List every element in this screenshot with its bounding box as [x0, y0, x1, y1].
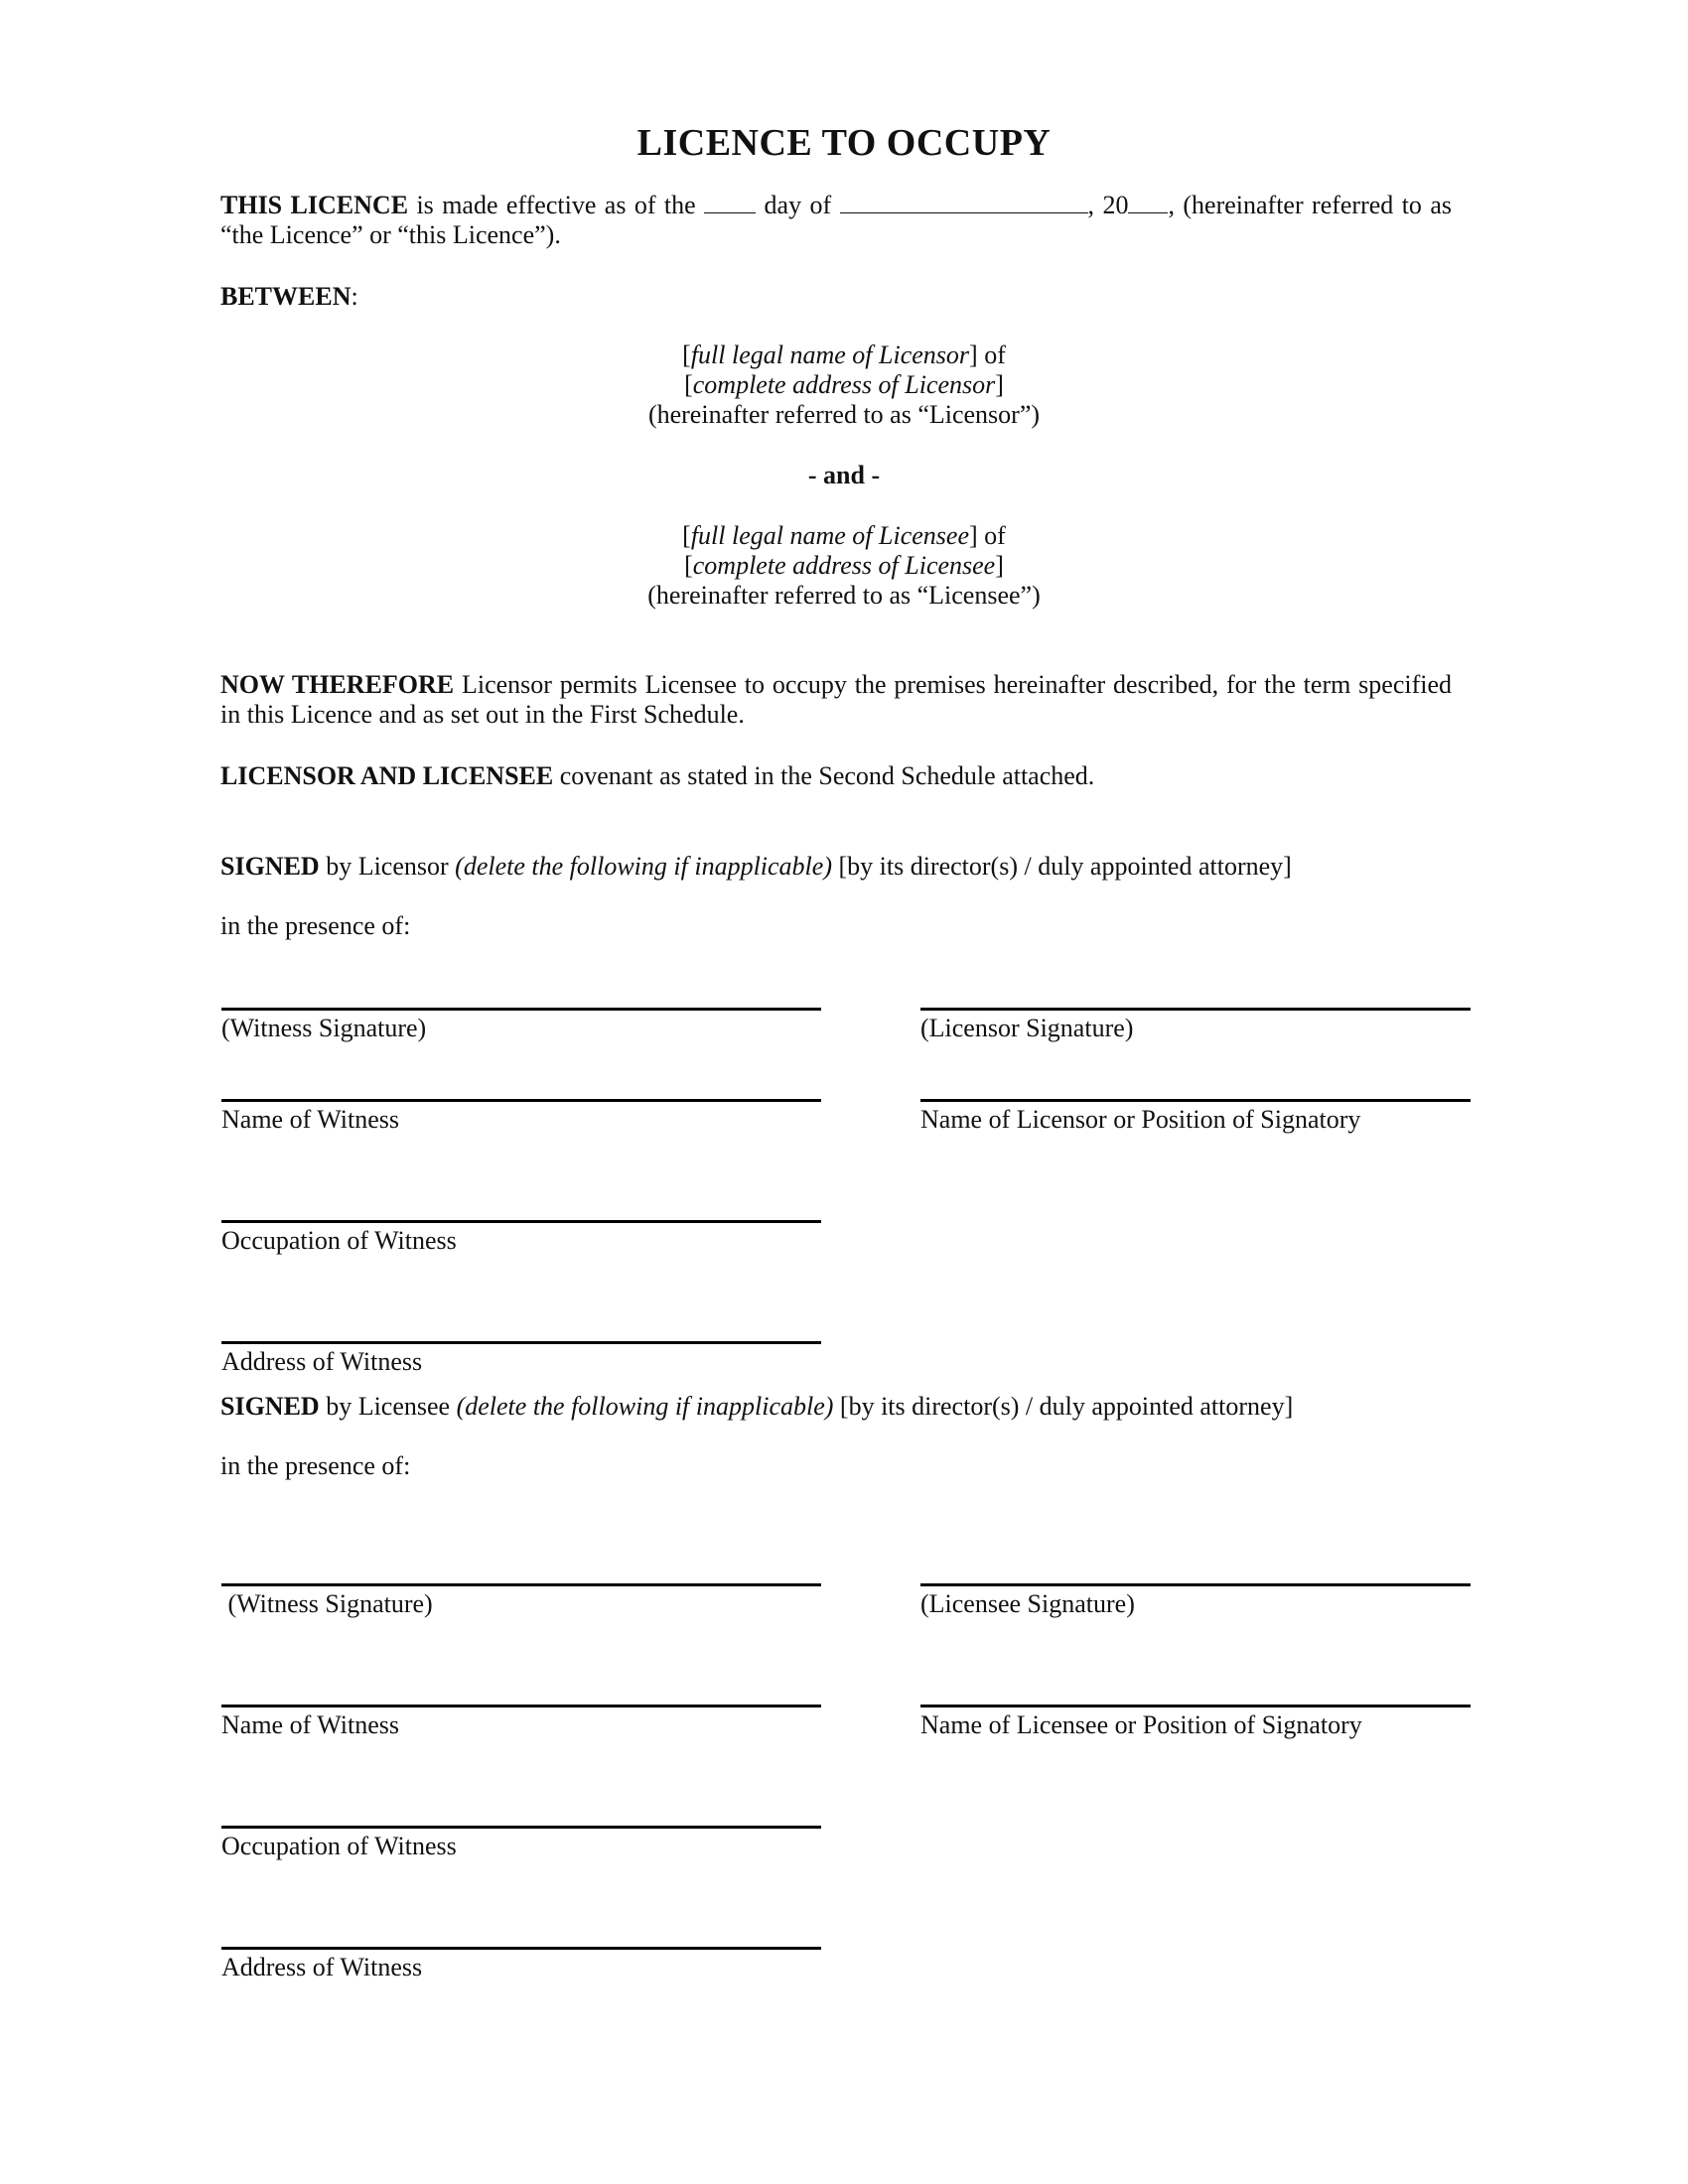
licensor-witness-address-line[interactable] — [221, 1341, 821, 1344]
signed-label: SIGNED — [220, 852, 320, 881]
document-title: LICENCE TO OCCUPY — [0, 121, 1688, 165]
witness-signature-label: (Witness Signature) — [221, 1014, 426, 1043]
licensee-name-placeholder: full legal name of Licensee — [691, 521, 969, 550]
between-heading: BETWEEN: — [220, 282, 1452, 312]
covenant-paragraph: LICENSOR AND LICENSEE covenant as stated… — [220, 761, 1452, 791]
between-label: BETWEEN — [220, 282, 352, 311]
licensee-signature-label: (Licensee Signature) — [920, 1589, 1135, 1619]
licensor-presence: in the presence of: — [220, 911, 1452, 941]
licensor-witness-signature-line[interactable] — [221, 1008, 821, 1011]
licensee-witness-address-line[interactable] — [221, 1947, 821, 1950]
signed-note: (delete the following if inapplicable) — [457, 1392, 834, 1421]
of-text: of — [978, 341, 1006, 369]
licensor-signature-line[interactable] — [920, 1008, 1471, 1011]
witness-occupation-label: Occupation of Witness — [221, 1226, 457, 1256]
and-separator: - and - — [0, 461, 1688, 490]
licensor-signature-label: (Licensor Signature) — [920, 1014, 1133, 1043]
licensor-name-placeholder: full legal name of Licensor — [691, 341, 969, 369]
licensor-party-name: [full legal name of Licensor] of — [0, 341, 1688, 370]
licensee-address-placeholder: complete address of Licensee — [693, 551, 995, 580]
licensee-party-name: [full legal name of Licensee] of — [0, 521, 1688, 551]
signed-by: by Licensor — [320, 852, 455, 881]
witness-name-label: Name of Witness — [221, 1710, 399, 1740]
signed-note: (delete the following if inapplicable) — [455, 852, 832, 881]
licensee-witness-occupation-line[interactable] — [221, 1826, 821, 1829]
witness-signature-label: (Witness Signature) — [221, 1589, 433, 1619]
licensee-presence: in the presence of: — [220, 1451, 1452, 1481]
licensor-name-label: Name of Licensor or Position of Signator… — [920, 1105, 1360, 1135]
covenant-text: covenant as stated in the Second Schedul… — [553, 761, 1094, 790]
licensee-witness-name-line[interactable] — [221, 1705, 821, 1707]
licensee-party-address: [complete address of Licensee] — [0, 551, 1688, 581]
signed-by: by Licensee — [320, 1392, 457, 1421]
licensee-party-referred: (hereinafter referred to as “Licensee”) — [0, 581, 1688, 611]
witness-address-label: Address of Witness — [221, 1347, 422, 1377]
between-colon: : — [352, 282, 358, 311]
licensee-name-label: Name of Licensee or Position of Signator… — [920, 1710, 1362, 1740]
licensor-signed-line: SIGNED by Licensor (delete the following… — [220, 852, 1452, 882]
intro-lead: THIS LICENCE — [220, 191, 408, 219]
licensee-witness-signature-line[interactable] — [221, 1583, 821, 1586]
witness-name-label: Name of Witness — [221, 1105, 399, 1135]
now-therefore-lead: NOW THEREFORE — [220, 670, 454, 699]
day-blank[interactable] — [704, 191, 756, 213]
intro-text: is made effective as of the — [408, 191, 704, 219]
witness-occupation-label: Occupation of Witness — [221, 1832, 457, 1861]
now-therefore-paragraph: NOW THEREFORE Licensor permits Licensee … — [220, 670, 1452, 730]
signed-label: SIGNED — [220, 1392, 320, 1421]
covenant-lead: LICENSOR AND LICENSEE — [220, 761, 553, 790]
licensor-party-referred: (hereinafter referred to as “Licensor”) — [0, 400, 1688, 430]
licensor-witness-occupation-line[interactable] — [221, 1220, 821, 1223]
licensor-name-line[interactable] — [920, 1099, 1471, 1102]
month-blank[interactable] — [840, 191, 1088, 213]
year-blank[interactable] — [1128, 191, 1168, 213]
signed-bracket: [by its director(s) / duly appointed att… — [833, 1392, 1293, 1421]
intro-paragraph: THIS LICENCE is made effective as of the… — [220, 191, 1452, 250]
witness-address-label: Address of Witness — [221, 1953, 422, 1982]
licensee-name-line[interactable] — [920, 1705, 1471, 1707]
licensor-party-address: [complete address of Licensor] — [0, 370, 1688, 400]
licensee-signature-line[interactable] — [920, 1583, 1471, 1586]
licensee-signed-line: SIGNED by Licensee (delete the following… — [220, 1392, 1452, 1422]
intro-text: day of — [756, 191, 839, 219]
intro-text: , 20 — [1088, 191, 1129, 219]
of-text: of — [978, 521, 1006, 550]
signed-bracket: [by its director(s) / duly appointed att… — [832, 852, 1292, 881]
licensor-address-placeholder: complete address of Licensor — [693, 370, 996, 399]
licensor-witness-name-line[interactable] — [221, 1099, 821, 1102]
